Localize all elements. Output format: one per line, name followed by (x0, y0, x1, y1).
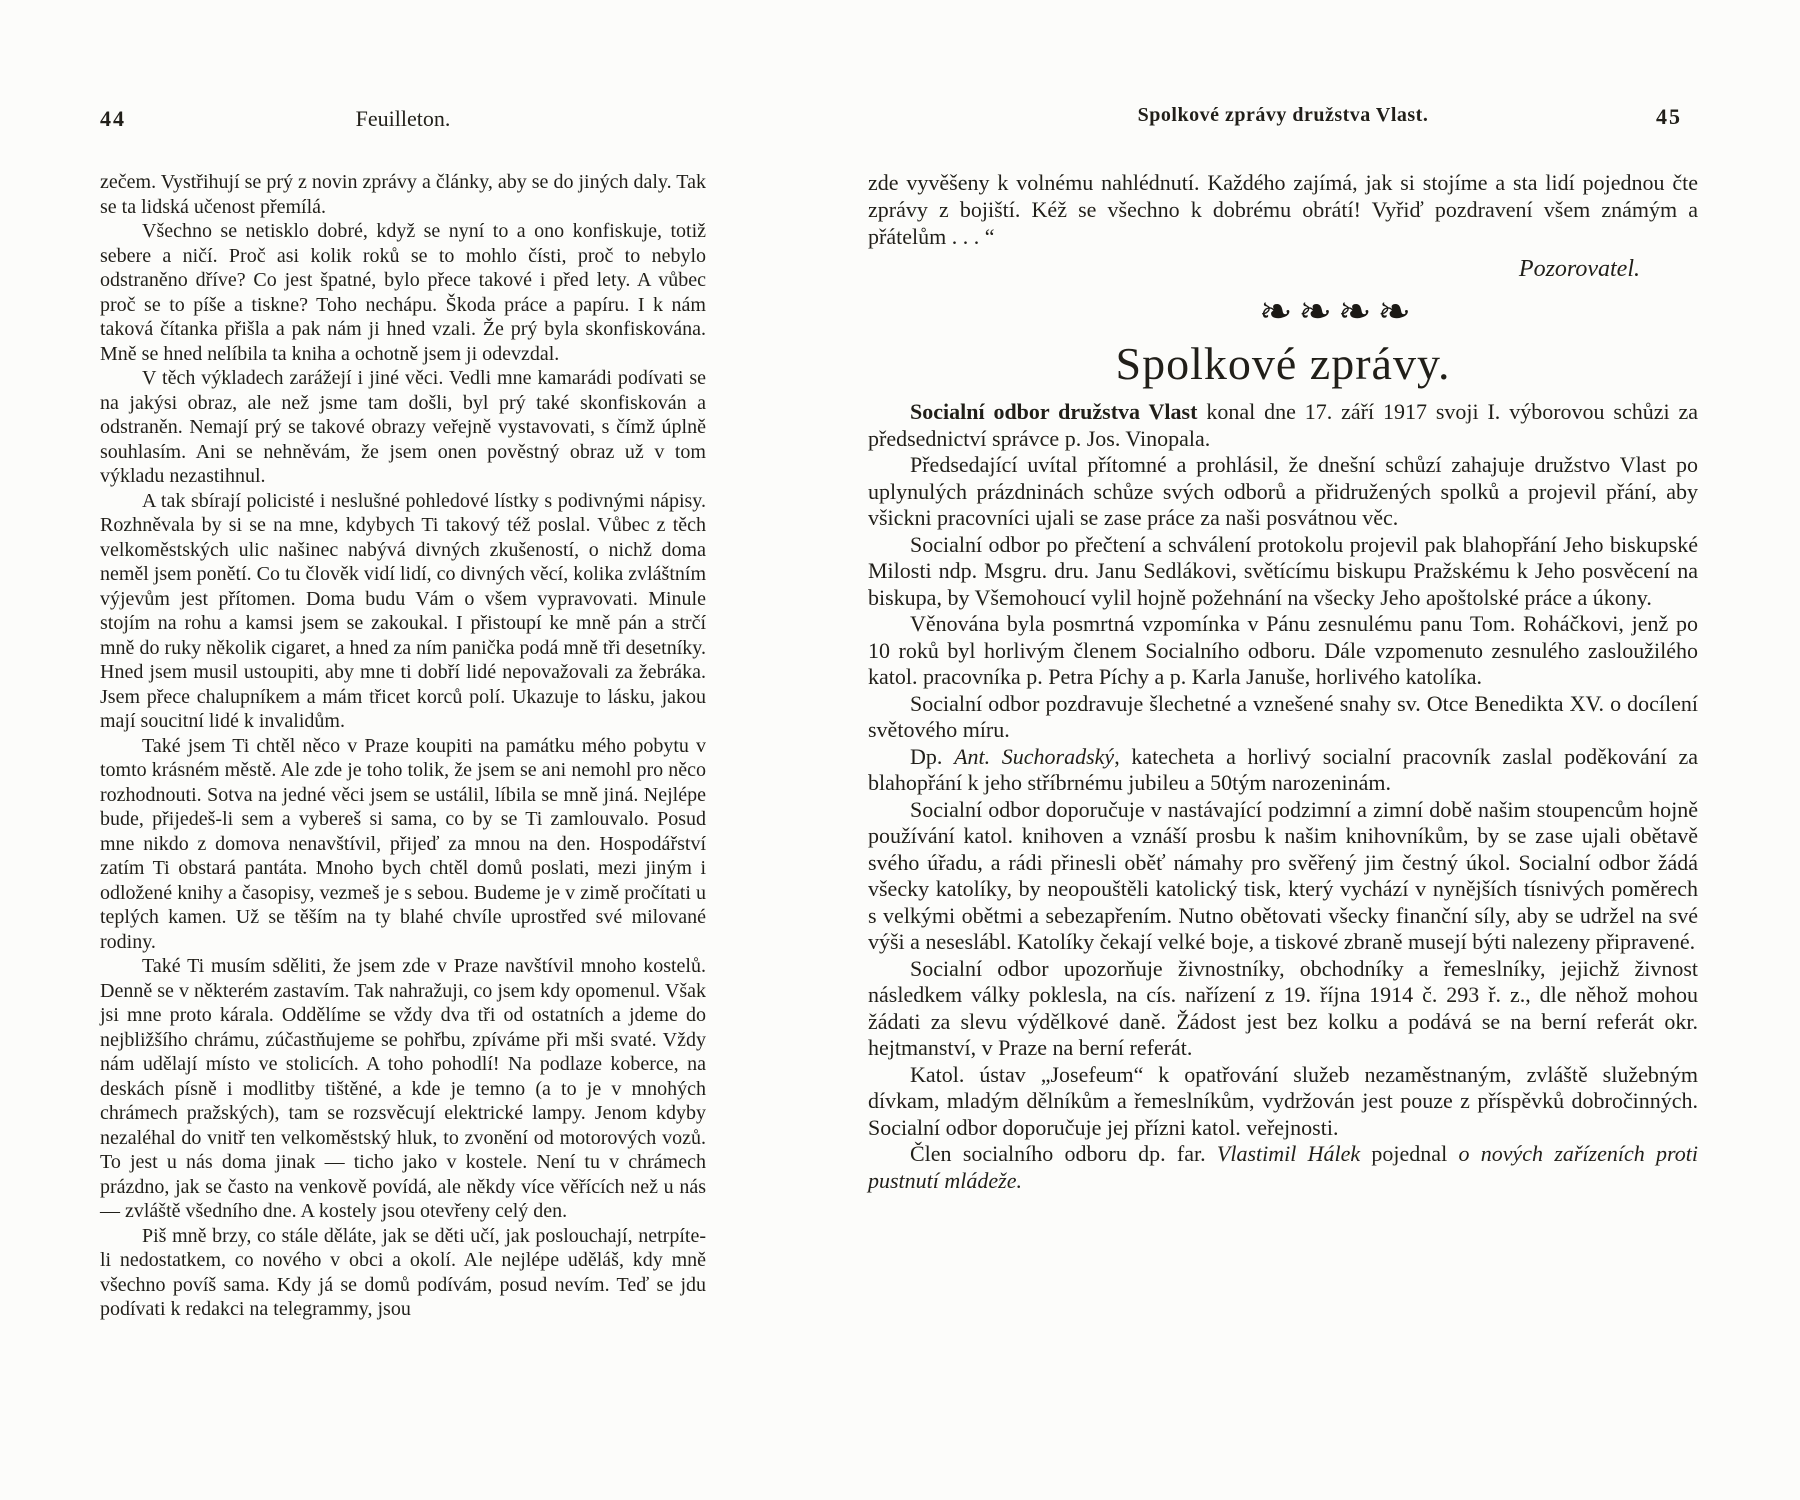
page-left: 44 Feuilleton. zečem. Vystřihují se prý … (100, 0, 706, 1500)
section-heading: Spolkové zprávy. (868, 339, 1698, 389)
text-run: Socialní odbor pozdravuje šlechetné a vz… (868, 691, 1698, 743)
left-page-text: zečem. Vystřihují se prý z novin zprávy … (100, 170, 706, 1322)
paragraph: Socialní odbor upozorňuje živnostníky, o… (868, 956, 1698, 1062)
bold-text: Socialní odbor družstva Vlast (910, 399, 1197, 424)
paragraph: Socialní odbor po přečtení a schválení p… (868, 532, 1698, 612)
text-run: Katol. ústav „Josefeum“ k opatřování slu… (868, 1062, 1698, 1140)
floral-ornament-row: ❧❧❧❧ (923, 289, 1753, 335)
paragraph: Předsedající uvítal přítomné a prohlásil… (868, 452, 1698, 532)
paragraph: Všechno se netisklo dobré, když se nyní … (100, 219, 706, 366)
text-run: pojednal (1360, 1141, 1458, 1166)
paragraph: Katol. ústav „Josefeum“ k opatřování slu… (868, 1062, 1698, 1142)
signature: Pozorovatel. (868, 255, 1698, 283)
text-run: V těch výkladech zarážejí i jiné věci. V… (100, 367, 706, 487)
paragraph: Věnována byla posmrtná vzpomínka v Pánu … (868, 611, 1698, 691)
text-run: zečem. Vystřihují se prý z novin zprávy … (100, 171, 706, 218)
paragraph: zečem. Vystřihují se prý z novin zprávy … (100, 170, 706, 219)
left-page-header: 44 Feuilleton. (100, 106, 706, 134)
flower-icon: ❧ (1378, 289, 1418, 335)
text-run: Všechno se netisklo dobré, když se nyní … (100, 220, 706, 365)
running-title-right: Spolkové zprávy družstva Vlast. (868, 104, 1698, 127)
right-page-text: Socialní odbor družstva Vlast konal dne … (868, 399, 1698, 1194)
text-run: Socialní odbor doporučuje v nastávající … (868, 797, 1698, 955)
text-run: Socialní odbor po přečtení a schválení p… (868, 532, 1698, 610)
text-run: Také jsem Ti chtěl něco v Praze koupiti … (100, 735, 706, 953)
page-right: Spolkové zprávy družstva Vlast. 45 zde v… (868, 0, 1698, 1500)
flower-icon: ❧ (1338, 289, 1378, 335)
paragraph: Dp. Ant. Suchoradský, katecheta a horliv… (868, 744, 1698, 797)
page-number-right: 45 (1656, 104, 1682, 130)
paragraph: Socialní odbor pozdravuje šlechetné a vz… (868, 691, 1698, 744)
running-title-left: Feuilleton. (100, 106, 706, 132)
paragraph: zde vyvěšeny k volnému nahlédnutí. Každé… (868, 169, 1698, 250)
text-run: Socialní odbor upozorňuje živnostníky, o… (868, 956, 1698, 1061)
right-page-intro-text: zde vyvěšeny k volnému nahlédnutí. Každé… (868, 169, 1698, 250)
text-run: Předsedající uvítal přítomné a prohlásil… (868, 452, 1698, 530)
paragraph: Socialní odbor doporučuje v nastávající … (868, 797, 1698, 956)
paragraph: Piš mně brzy, co stále děláte, jak se dě… (100, 1224, 706, 1322)
flower-icon: ❧ (1298, 289, 1338, 335)
paragraph: A tak sbírají policisté i neslušné pohle… (100, 489, 706, 734)
paragraph: Také Ti musím sděliti, že jsem zde v Pra… (100, 954, 706, 1224)
paragraph: Také jsem Ti chtěl něco v Praze koupiti … (100, 734, 706, 955)
text-run: Dp. (910, 744, 954, 769)
text-run: Člen socialního odboru dp. far. (910, 1141, 1217, 1166)
flower-icon: ❧ (1259, 289, 1299, 335)
paragraph: Člen socialního odboru dp. far. Vlastimi… (868, 1141, 1698, 1194)
text-run: zde vyvěšeny k volnému nahlédnutí. Každé… (868, 170, 1698, 249)
paragraph: V těch výkladech zarážejí i jiné věci. V… (100, 366, 706, 489)
text-run: Piš mně brzy, co stále děláte, jak se dě… (100, 1225, 706, 1321)
right-page-header: Spolkové zprávy družstva Vlast. 45 (868, 104, 1698, 132)
text-run: Také Ti musím sděliti, že jsem zde v Pra… (100, 955, 706, 1222)
text-run: A tak sbírají policisté i neslušné pohle… (100, 490, 706, 733)
text-run: Věnována byla posmrtná vzpomínka v Pánu … (868, 611, 1698, 689)
italic-text: Ant. Suchoradský (954, 744, 1114, 769)
italic-text: Vlastimil Hálek (1217, 1141, 1360, 1166)
paragraph: Socialní odbor družstva Vlast konal dne … (868, 399, 1698, 452)
